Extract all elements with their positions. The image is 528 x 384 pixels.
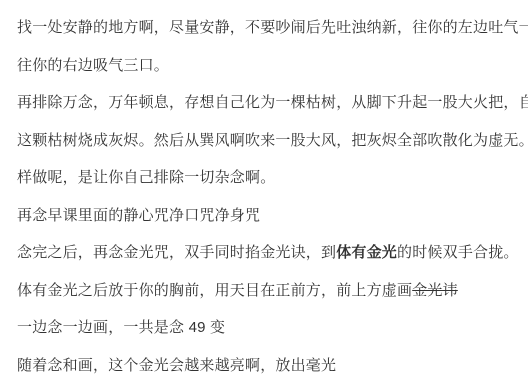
text-line-2: 往你的右边吸气三口。 xyxy=(17,47,514,85)
document-page: 找一处安静的地方啊，尽量安静，不要吵闹后先吐浊纳新，往你的左边吐气一口， 往你的… xyxy=(0,0,528,384)
gold-light-suffix: 的时候双手合拢。 xyxy=(397,244,519,261)
gold-light-prefix: 念完之后，再念金光咒，双手同时掐金光诀，到 xyxy=(17,244,336,261)
text-line-6: 再念早课里面的静心咒净口咒净身咒 xyxy=(17,197,514,235)
text-line-draw: 体有金光之后放于你的胸前，用天目在正前方，前上方虚画金光讳 xyxy=(17,272,514,310)
text-line-count: 一边念一边画，一共是念 49 变 xyxy=(17,309,514,347)
draw-line-prefix: 体有金光之后放于你的胸前，用天目在正前方，前上方虚画 xyxy=(17,282,412,299)
text-line-closing: 随着念和画，这个金光会越来越亮啊，放出毫光 xyxy=(17,347,514,384)
text-line-gold-light: 念完之后，再念金光咒，双手同时掐金光诀，到体有金光的时候双手合拢。 xyxy=(17,234,514,272)
text-line-4: 这颗枯树烧成灰烬。然后从巽风啊吹来一股大风，把灰烬全部吹散化为虚无。这 xyxy=(17,122,514,160)
text-line-3: 再排除万念，万年顿息，存想自己化为一棵枯树，从脚下升起一股大火把，自己 xyxy=(17,84,514,122)
text-line-1: 找一处安静的地方啊，尽量安静，不要吵闹后先吐浊纳新，往你的左边吐气一口， xyxy=(17,9,514,47)
gold-light-bold-text: 体有金光 xyxy=(336,244,397,261)
draw-line-strikethrough-text: 金光讳 xyxy=(412,282,458,299)
text-line-5: 样做呢，是让你自己排除一切杂念啊。 xyxy=(17,159,514,197)
